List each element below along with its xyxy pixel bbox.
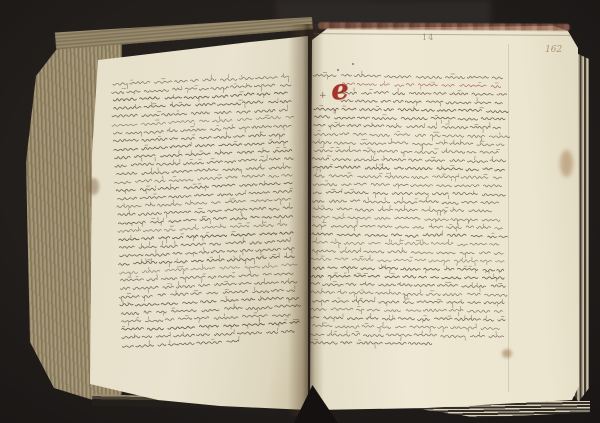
folio-number: 162 — [545, 45, 562, 55]
ink-blot-stain — [88, 178, 99, 195]
right-page-text — [309, 67, 521, 374]
manuscript-photograph: 14 162 + e — [0, 0, 600, 423]
wormhole-speck — [352, 63, 354, 65]
edge-stain — [560, 150, 573, 177]
left-page-text — [110, 68, 314, 376]
quire-mark: 14 — [422, 33, 434, 42]
